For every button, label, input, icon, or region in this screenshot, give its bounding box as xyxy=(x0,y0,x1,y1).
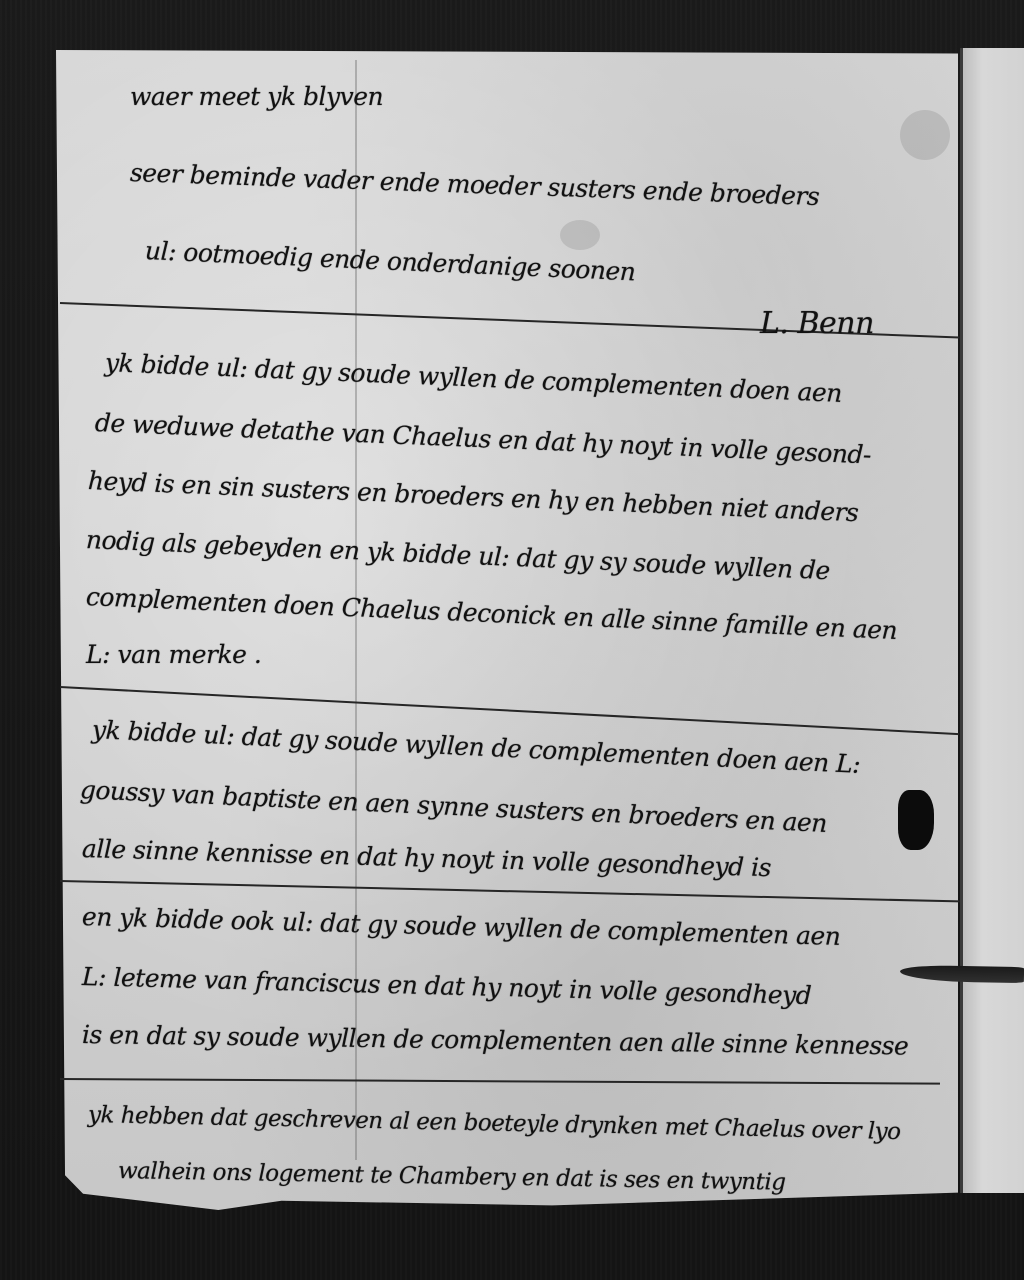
paper-stain xyxy=(560,220,600,250)
document-scan: waer meet yk blyven seer beminde vader e… xyxy=(0,0,1024,1280)
facing-page-edge xyxy=(960,48,1024,1193)
text-line: L: van merke . xyxy=(86,640,261,669)
signature: L. Benn xyxy=(760,306,874,341)
ink-blot xyxy=(898,790,934,850)
text-line: waer meet yk blyven xyxy=(130,82,383,111)
paper-stain xyxy=(900,110,950,160)
